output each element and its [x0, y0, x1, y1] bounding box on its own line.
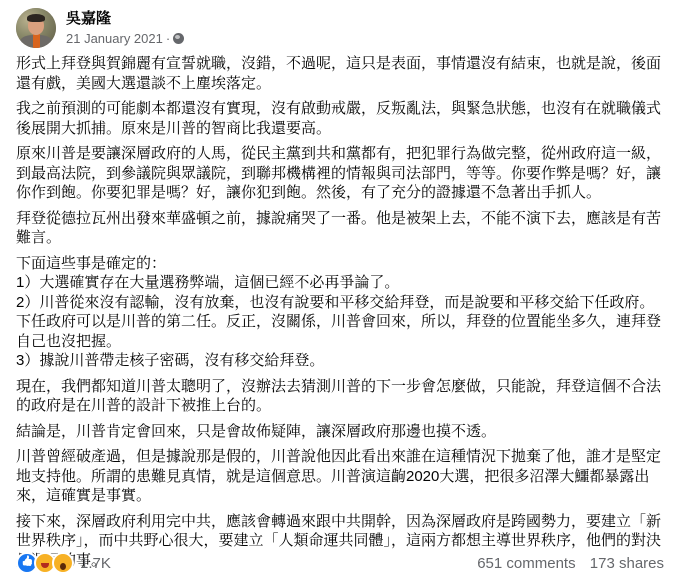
paragraph: 結論是，川普肯定會回來，只是會故佈疑陣，讓深層政府那邊也摸不透。 — [16, 422, 666, 442]
post-footer: 1.7K 651 comments 173 shares — [16, 553, 664, 573]
post-meta: 吳嘉隆 21 January 2021 · — [66, 9, 184, 47]
post-body: 形式上拜登與賀錦麗有宣誓就職，沒錯，不過呢，這只是表面，事情還沒有結束，也就是說… — [16, 54, 666, 576]
author-name[interactable]: 吳嘉隆 — [66, 9, 184, 28]
paragraph: 下面這些事是確定的： 1）大選確實存在大量選務弊端，這個已經不必再爭論了。 2）… — [16, 254, 666, 371]
post-date[interactable]: 21 January 2021 — [66, 30, 163, 47]
paragraph: 川普曾經破產過，但是據說那是假的，川普說他因此看出來誰在這種情況下拋棄了他，誰才… — [16, 447, 666, 506]
comments-count[interactable]: 651 comments — [477, 555, 575, 572]
paragraph: 拜登從德拉瓦州出發來華盛頓之前，據說痛哭了一番。他是被架上去，不能不演下去，應該… — [16, 209, 666, 248]
paragraph: 現在，我們都知道川普太聰明了，沒辦法去猜測川普的下一步會怎麼做，只能說，拜登這個… — [16, 377, 666, 416]
paragraph: 形式上拜登與賀錦麗有宣誓就職，沒錯，不過呢，這只是表面，事情還沒有結束，也就是說… — [16, 54, 666, 93]
post-stats: 651 comments 173 shares — [467, 555, 664, 572]
wow-reaction-icon — [52, 552, 74, 574]
shares-count[interactable]: 173 shares — [590, 555, 664, 572]
post-header: 吳嘉隆 21 January 2021 · — [16, 8, 184, 48]
reactions-summary[interactable]: 1.7K — [16, 552, 111, 574]
post-subline: 21 January 2021 · — [66, 30, 184, 47]
avatar-scarf — [33, 34, 40, 48]
avatar-hair — [27, 14, 45, 22]
paragraph: 原來川普是要讓深層政府的人馬，從民主黨到共和黨都有，把犯罪行為做完整，從州政府這… — [16, 144, 666, 203]
separator: · — [166, 30, 170, 47]
reaction-count[interactable]: 1.7K — [80, 555, 111, 572]
avatar[interactable] — [16, 8, 56, 48]
paragraph: 我之前預測的可能劇本都還沒有實現，沒有啟動戒嚴，反叛亂法，與緊急狀態，也沒有在就… — [16, 99, 666, 138]
globe-icon[interactable] — [173, 33, 184, 44]
